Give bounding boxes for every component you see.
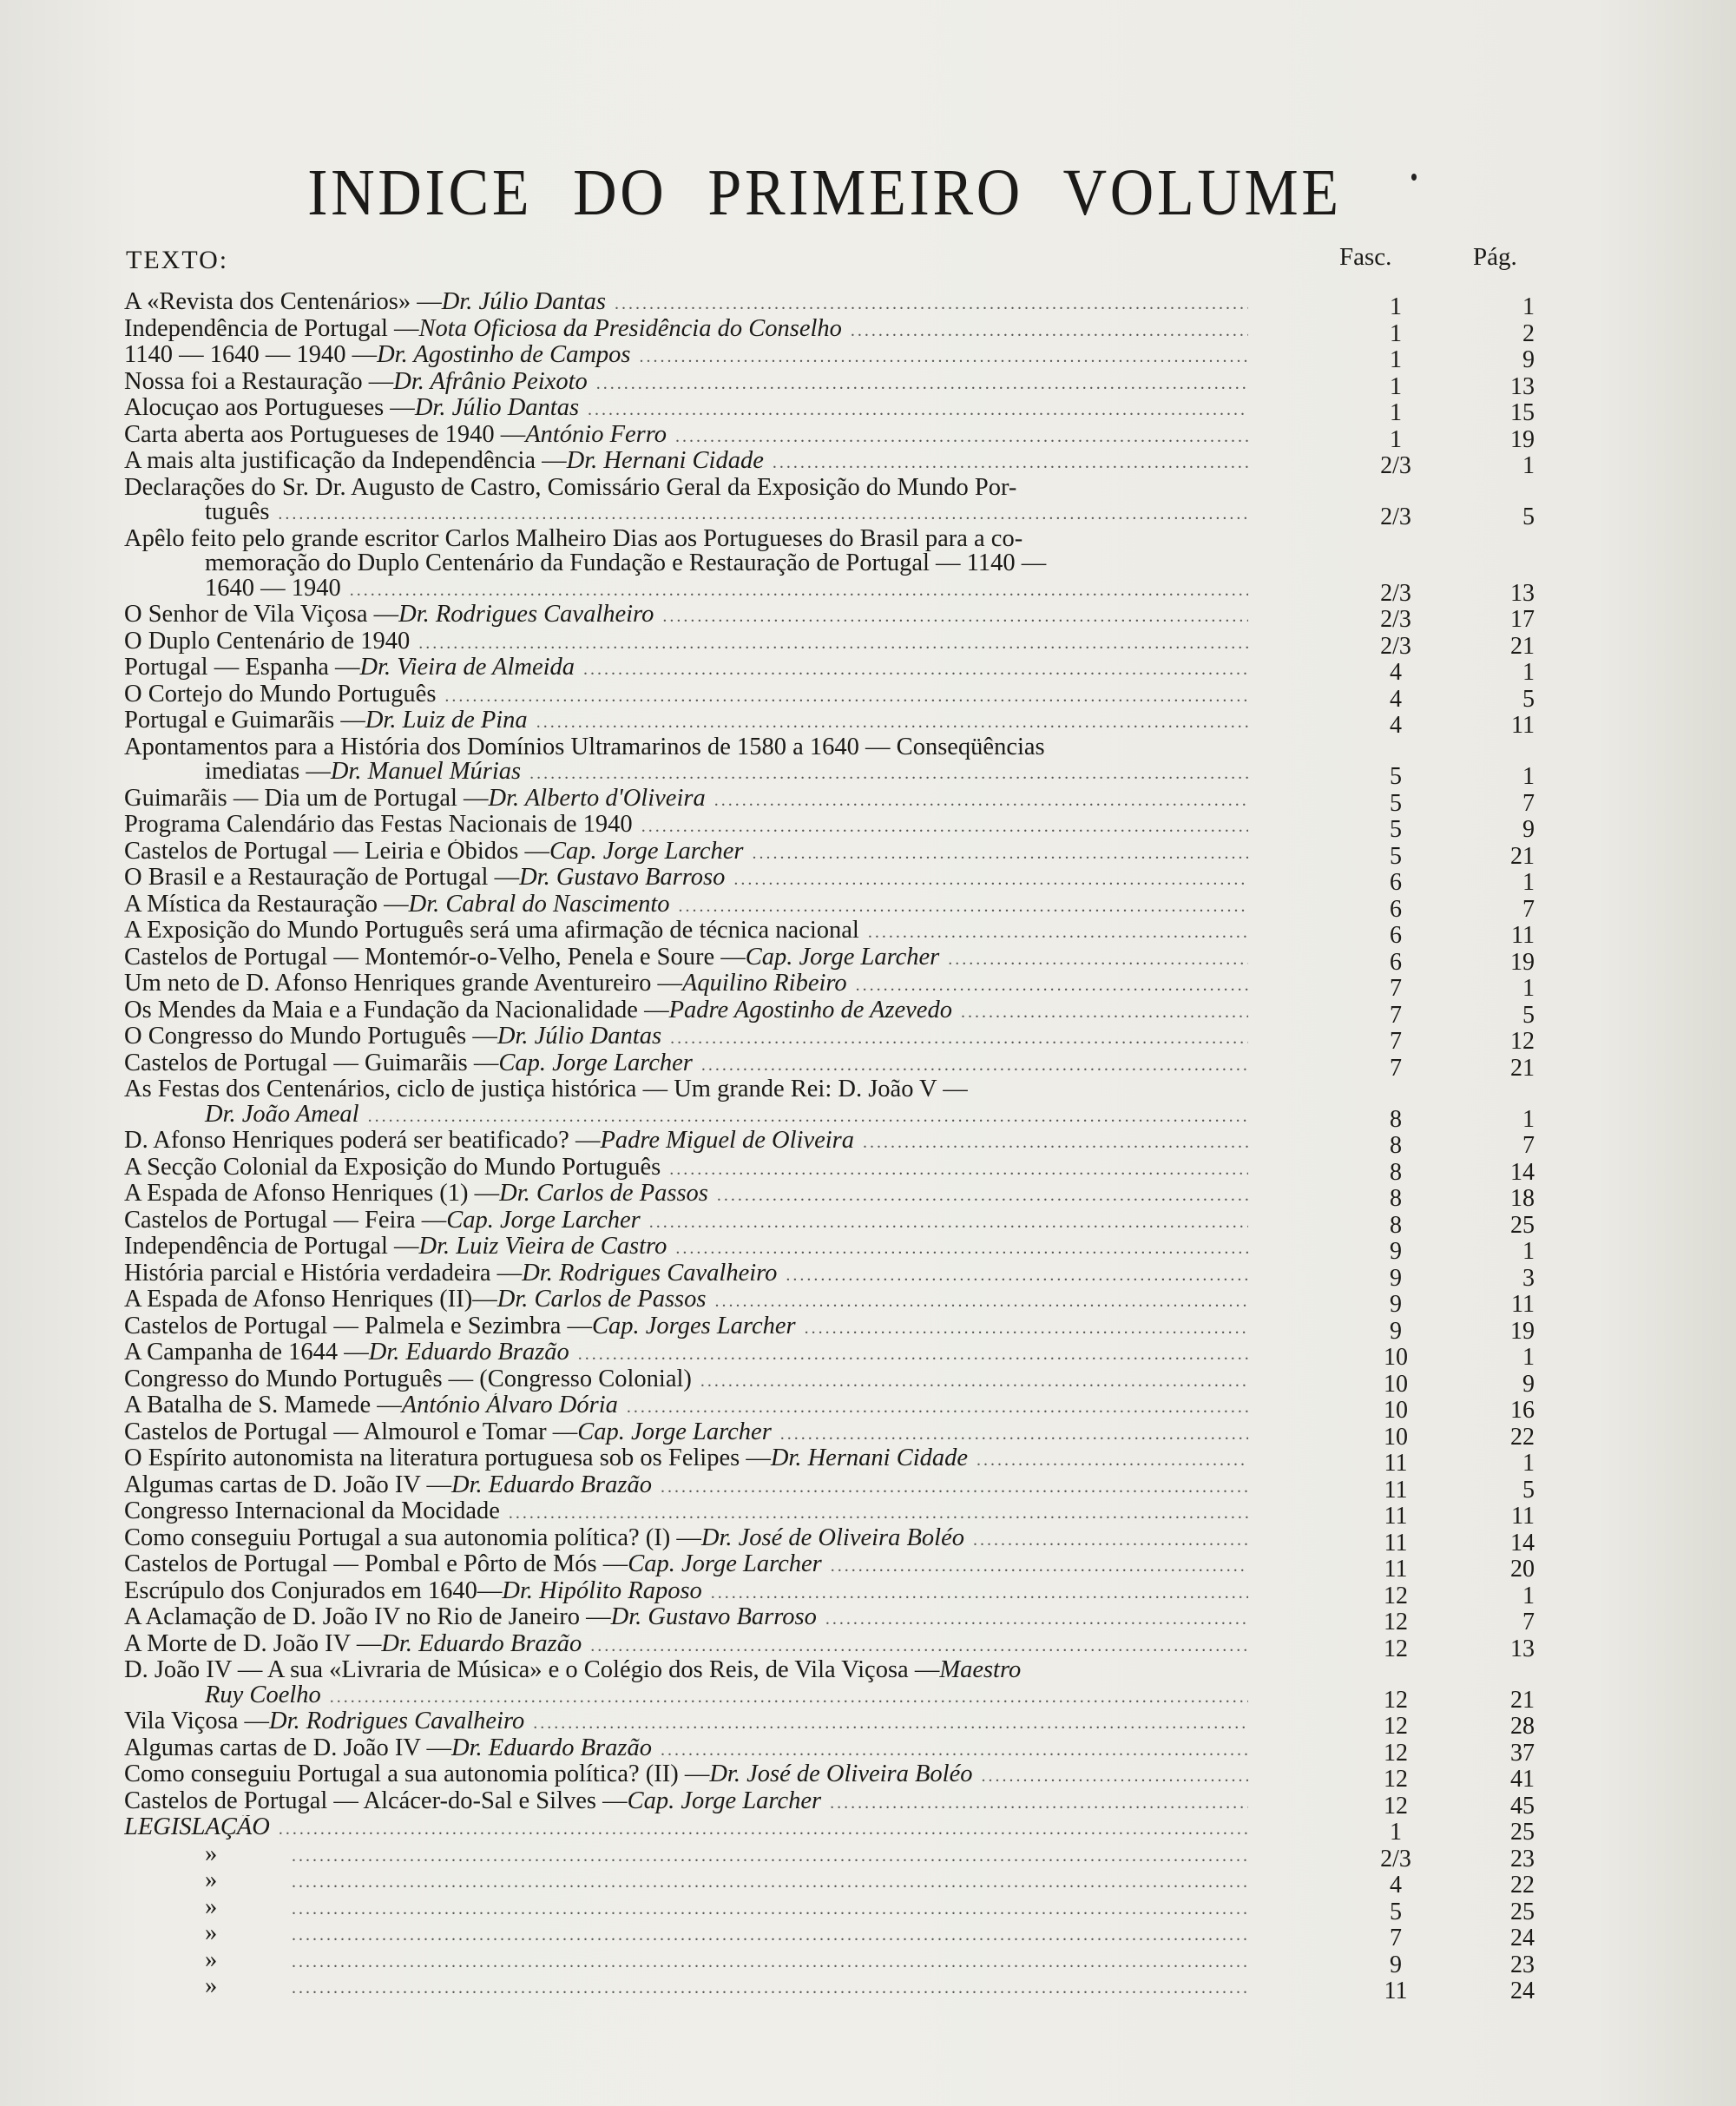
section-heading-texto: TEXTO: (126, 246, 228, 275)
dot-leader (856, 973, 1248, 998)
entry-text: O Duplo Centenário de 1940 (124, 629, 1248, 656)
entry-title: O Senhor de Vila Viçosa — (124, 602, 398, 628)
index-entry[interactable]: O Duplo Centenário de 19402/321 (124, 629, 1530, 656)
index-entry[interactable]: Guimarãis — Dia um de Portugal — Dr. Alb… (124, 786, 1530, 813)
dot-leader (418, 631, 1248, 656)
dot-leader (292, 1844, 1248, 1869)
entry-author: Padre Miguel de Oliveira (600, 1129, 854, 1154)
entry-title: Como conseguiu Portugal a sua autonomia … (124, 1762, 709, 1787)
entry-line: Alocuçao aos Portugueses — Dr. Júlio Dan… (124, 396, 1248, 423)
entry-author: Dr. Gustavo Barroso (611, 1605, 817, 1630)
entry-text: D. João IV — A sua «Livraria de Música» … (124, 1658, 1248, 1709)
entry-title: O Congresso do Mundo Português — (124, 1024, 497, 1050)
entry-text: Nossa foi a Restauração — Dr. Afrânio Pe… (124, 370, 1248, 397)
dot-leader (627, 1395, 1248, 1420)
index-entry[interactable]: Portugal e Guimarãis — Dr. Luiz de Pina4… (124, 708, 1530, 735)
ink-speck (1411, 174, 1417, 181)
entry-text: Como conseguiu Portugal a sua autonomia … (124, 1526, 1248, 1553)
page-number: 24 (1474, 1979, 1535, 2004)
entry-title: A Aclamação de D. João IV no Rio de Jane… (124, 1605, 611, 1630)
entry-title: Castelos de Portugal — Leiria e Óbidos — (124, 839, 549, 865)
entry-author: Dr. Afrânio Peixoto (393, 370, 588, 395)
index-entry[interactable]: A mais alta justificação da Independênci… (124, 449, 1530, 476)
entry-title: tuguês (205, 500, 269, 525)
index-entry[interactable]: Nossa foi a Restauração — Dr. Afrânio Pe… (124, 370, 1530, 397)
entry-text: LEGISLAÇÃO (124, 1815, 1248, 1842)
legislacao-entry[interactable]: »422 (124, 1868, 1530, 1895)
entry-text: » (124, 1842, 1248, 1869)
index-entry[interactable]: O Cortejo do Mundo Português45 (124, 682, 1530, 709)
index-entry[interactable]: O Brasil e a Restauração de Portugal — D… (124, 865, 1530, 892)
entry-author: Dr. José de Oliveira Boléo (701, 1526, 964, 1551)
column-header-pag: Pág. (1473, 243, 1517, 272)
ditto-mark: » (124, 1868, 283, 1893)
dot-leader (292, 1870, 1248, 1895)
entry-line: A mais alta justificação da Independênci… (124, 449, 1248, 476)
dot-leader (578, 1342, 1248, 1367)
index-entry[interactable]: Independência de Portugal — Nota Oficios… (124, 317, 1530, 344)
entry-text: Alocuçao aos Portugueses — Dr. Júlio Dan… (124, 396, 1248, 423)
entry-line: A Espada de Afonso Henriques (1) — Dr. C… (124, 1181, 1248, 1208)
entry-text: Vila Viçosa — Dr. Rodrigues Cavalheiro (124, 1709, 1248, 1736)
entry-line: Vila Viçosa — Dr. Rodrigues Cavalheiro (124, 1709, 1248, 1736)
entry-text: Castelos de Portugal — Almourol e Tomar … (124, 1420, 1248, 1447)
entry-title: A mais alta justificação da Independênci… (124, 449, 567, 474)
entry-text: Programa Calendário das Festas Nacionais… (124, 813, 1248, 839)
dot-leader (292, 1897, 1248, 1922)
entry-text: Apontamentos para a História dos Domínio… (124, 735, 1248, 786)
index-entry[interactable]: Um neto de D. Afonso Henriques grande Av… (124, 971, 1530, 998)
entry-text: Um neto de D. Afonso Henriques grande Av… (124, 971, 1248, 998)
entry-text: Independência de Portugal — Nota Oficios… (124, 317, 1248, 344)
index-entry[interactable]: A Exposição do Mundo Português será uma … (124, 918, 1530, 945)
entry-line: » (124, 1921, 1248, 1948)
index-entry[interactable]: O Senhor de Vila Viçosa — Dr. Rodrigues … (124, 602, 1530, 629)
entry-text: O Espírito autonomista na literatura por… (124, 1446, 1248, 1473)
dot-leader (292, 1976, 1248, 2001)
entry-line: A «Revista dos Centenários» — Dr. Júlio … (124, 290, 1248, 317)
entry-text: 1140 — 1640 — 1940 — Dr. Agostinho de Ca… (124, 343, 1248, 370)
entry-text: A Aclamação de D. João IV no Rio de Jane… (124, 1605, 1248, 1632)
entry-line: Congresso do Mundo Português — (Congress… (124, 1367, 1248, 1394)
entry-line: » (124, 1868, 1248, 1895)
entry-title: A Mística da Restauração — (124, 892, 409, 918)
index-entry[interactable]: Castelos de Portugal — Feira — Cap. Jorg… (124, 1208, 1530, 1235)
entry-text: D. Afonso Henriques poderá ser beatifica… (124, 1129, 1248, 1155)
entry-author: Dr. Hernani Cidade (567, 449, 764, 474)
entry-title: Congresso do Mundo Português — (Congress… (124, 1367, 692, 1392)
dot-leader (711, 1581, 1248, 1606)
entry-text: Castelos de Portugal — Leiria e Óbidos —… (124, 839, 1248, 866)
entry-author: Cap. Jorge Larcher (577, 1420, 772, 1445)
dot-leader (444, 684, 1248, 709)
entry-line: » (124, 1895, 1248, 1922)
dot-leader (780, 1422, 1248, 1447)
index-entry[interactable]: Portugal — Espanha — Dr. Vieira de Almei… (124, 655, 1530, 682)
ditto-mark: » (124, 1895, 283, 1920)
dot-leader (830, 1791, 1248, 1816)
entry-text: Escrúpulo dos Conjurados em 1640—Dr. Hip… (124, 1579, 1248, 1606)
entry-line: Declarações do Sr. Dr. Augusto de Castro… (124, 476, 1248, 501)
entry-line: Apêlo feito pelo grande escritor Carlos … (124, 527, 1248, 552)
entry-text: Guimarãis — Dia um de Portugal — Dr. Alb… (124, 786, 1248, 813)
entry-line: Nossa foi a Restauração — Dr. Afrânio Pe… (124, 370, 1248, 397)
entry-line: O Brasil e a Restauração de Portugal — D… (124, 865, 1248, 892)
entry-line: imediatas — Dr. Manuel Múrias (124, 760, 1248, 786)
entry-line: » (124, 1948, 1248, 1975)
entry-line: Como conseguiu Portugal a sua autonomia … (124, 1762, 1248, 1789)
entry-title: Escrúpulo dos Conjurados em 1640— (124, 1579, 502, 1604)
entry-line: A Exposição do Mundo Português será uma … (124, 918, 1248, 945)
index-entry[interactable]: Alocuçao aos Portugueses — Dr. Júlio Dan… (124, 396, 1530, 423)
entry-author: Dr. Alberto d'Oliveira (489, 786, 706, 812)
entry-text: Castelos de Portugal — Guimarãis — Cap. … (124, 1051, 1248, 1078)
entry-title: A Secção Colonial da Exposição do Mundo … (124, 1155, 661, 1181)
dot-leader (640, 345, 1249, 370)
index-entry[interactable]: Algumas cartas de D. João IV — Dr. Eduar… (124, 1736, 1530, 1763)
entry-line: Castelos de Portugal — Palmela e Sezimbr… (124, 1314, 1248, 1341)
index-entry[interactable]: Vila Viçosa — Dr. Rodrigues Cavalheiro12… (124, 1709, 1530, 1736)
entry-author: Dr. Manuel Múrias (331, 760, 521, 785)
entry-author: Dr. Rodrigues Cavalheiro (398, 602, 654, 628)
index-entry[interactable]: Independência de Portugal — Dr. Luiz Vie… (124, 1234, 1530, 1261)
index-entry[interactable]: A Campanha de 1644 — Dr. Eduardo Brazão1… (124, 1340, 1530, 1367)
dot-leader (675, 1236, 1248, 1261)
entry-line: Algumas cartas de D. João IV — Dr. Eduar… (124, 1473, 1248, 1500)
entry-line: O Espírito autonomista na literatura por… (124, 1446, 1248, 1473)
entry-author: Dr. Rodrigues Cavalheiro (269, 1709, 524, 1734)
entry-title: Castelos de Portugal — Montemór-o-Velho,… (124, 945, 746, 971)
dot-leader (279, 1817, 1248, 1842)
entry-title: Congresso Internacional da Mocidade (124, 1499, 500, 1524)
entry-line: tuguês (124, 500, 1248, 527)
index-entry[interactable]: Apontamentos para a História dos Domínio… (124, 735, 1530, 786)
entry-text: Congresso do Mundo Português — (Congress… (124, 1367, 1248, 1394)
entry-author: Dr. Luiz Vieira de Castro (419, 1234, 667, 1260)
entry-line: Castelos de Portugal — Alcácer-do-Sal e … (124, 1789, 1248, 1816)
dot-leader (717, 1183, 1248, 1208)
entry-line: Castelos de Portugal — Guimarãis — Cap. … (124, 1051, 1248, 1078)
entry-line: Escrúpulo dos Conjurados em 1640—Dr. Hip… (124, 1579, 1248, 1606)
legislacao-entry[interactable]: »923 (124, 1948, 1530, 1975)
entry-title: Portugal e Guimarãis — (124, 708, 365, 734)
index-entry[interactable]: D. Afonso Henriques poderá ser beatifica… (124, 1129, 1530, 1155)
entry-title: O Espírito autonomista na literatura por… (124, 1446, 771, 1471)
entry-title: Independência de Portugal — (124, 1234, 419, 1260)
entry-line: Programa Calendário das Festas Nacionais… (124, 813, 1248, 839)
entry-line: Congresso Internacional da Mocidade (124, 1499, 1248, 1526)
entry-title: Castelos de Portugal — Pombal e Pôrto de… (124, 1552, 628, 1577)
entry-line: A Secção Colonial da Exposição do Mundo … (124, 1155, 1248, 1182)
dot-leader (752, 841, 1248, 866)
dot-leader (701, 1053, 1248, 1078)
entry-text: Carta aberta aos Portugueses de 1940 — A… (124, 423, 1248, 450)
entry-author: Cap. Jorge Larcher (446, 1208, 641, 1234)
dot-leader (948, 947, 1248, 972)
dot-leader (330, 1685, 1248, 1710)
dot-leader (715, 1289, 1249, 1314)
entry-title: A Campanha de 1644 — (124, 1340, 369, 1366)
dot-leader (368, 1104, 1248, 1129)
entry-title: Declarações do Sr. Dr. Augusto de Castro… (124, 476, 1016, 501)
index-entry[interactable]: Castelos de Portugal — Montemór-o-Velho,… (124, 945, 1530, 972)
entry-title: Portugal — Espanha — (124, 655, 360, 681)
entry-line: As Festas dos Centenários, ciclo de just… (124, 1077, 1248, 1102)
index-entry[interactable]: Congresso do Mundo Português — (Congress… (124, 1367, 1530, 1394)
entry-text: » (124, 1895, 1248, 1922)
entry-line: » (124, 1842, 1248, 1869)
entry-title: Algumas cartas de D. João IV — (124, 1736, 451, 1761)
entry-line: Portugal — Espanha — Dr. Vieira de Almei… (124, 655, 1248, 682)
entry-line: D. Afonso Henriques poderá ser beatifica… (124, 1129, 1248, 1155)
entry-line: Carta aberta aos Portugueses de 1940 — A… (124, 423, 1248, 450)
index-entry[interactable]: Como conseguiu Portugal a sua autonomia … (124, 1762, 1530, 1789)
ditto-mark: » (124, 1921, 283, 1946)
entry-text: Congresso Internacional da Mocidade (124, 1499, 1248, 1526)
index-entry[interactable]: D. João IV — A sua «Livraria de Música» … (124, 1658, 1530, 1709)
entry-text: » (124, 1868, 1248, 1895)
entry-line: A Campanha de 1644 — Dr. Eduardo Brazão (124, 1340, 1248, 1367)
entry-author: Dr. Eduardo Brazão (451, 1736, 652, 1761)
entry-title: Um neto de D. Afonso Henriques grande Av… (124, 971, 682, 997)
entry-author: António Álvaro Dória (402, 1393, 618, 1418)
entry-text: Declarações do Sr. Dr. Augusto de Castro… (124, 476, 1248, 527)
entry-title: As Festas dos Centenários, ciclo de just… (124, 1077, 968, 1102)
dot-leader (590, 1634, 1248, 1659)
entry-text: História parcial e História verdadeira —… (124, 1261, 1248, 1288)
ditto-mark: » (124, 1842, 283, 1867)
dot-leader (670, 1026, 1248, 1051)
index-entry[interactable]: A Aclamação de D. João IV no Rio de Jane… (124, 1605, 1530, 1632)
dot-leader (714, 788, 1248, 813)
entry-text: Castelos de Portugal — Montemór-o-Velho,… (124, 945, 1248, 972)
entry-line: Castelos de Portugal — Leiria e Óbidos —… (124, 839, 1248, 866)
index-entry[interactable]: Os Mendes da Maia e a Fundação da Nacion… (124, 998, 1530, 1025)
index-entry[interactable]: Castelos de Portugal — Leiria e Óbidos —… (124, 839, 1530, 866)
entry-author: Dr. Carlos de Passos (497, 1287, 707, 1313)
entry-line: O Duplo Centenário de 1940 (124, 629, 1248, 656)
entry-title: Castelos de Portugal — Almourol e Tomar … (124, 1420, 577, 1445)
entry-text: A Campanha de 1644 — Dr. Eduardo Brazão (124, 1340, 1248, 1367)
dot-leader (641, 814, 1248, 839)
entry-title: Castelos de Portugal — Guimarãis — (124, 1051, 498, 1076)
entry-text: A «Revista dos Centenários» — Dr. Júlio … (124, 290, 1248, 317)
entry-title: Programa Calendário das Festas Nacionais… (124, 813, 633, 838)
dot-leader (851, 319, 1248, 344)
entry-line: Algumas cartas de D. João IV — Dr. Eduar… (124, 1736, 1248, 1763)
dot-leader (973, 1528, 1248, 1553)
entry-author: António Ferro (525, 423, 667, 448)
entry-title: A Espada de Afonso Henriques (II)— (124, 1287, 497, 1313)
dot-leader (662, 604, 1248, 629)
index-entry[interactable]: Como conseguiu Portugal a sua autonomia … (124, 1526, 1530, 1553)
entry-text: Castelos de Portugal — Feira — Cap. Jorg… (124, 1208, 1248, 1235)
entry-author: Dr. Eduardo Brazão (381, 1632, 582, 1657)
entry-line: O Congresso do Mundo Português — Dr. Júl… (124, 1024, 1248, 1051)
entry-line: Os Mendes da Maia e a Fundação da Nacion… (124, 998, 1248, 1025)
dot-leader (661, 1475, 1248, 1500)
column-header-fasc: Fasc. (1339, 243, 1391, 272)
dot-leader (679, 894, 1248, 919)
entry-text: A Batalha de S. Mamede — António Álvaro … (124, 1393, 1248, 1420)
index-entry[interactable]: Castelos de Portugal — Alcácer-do-Sal e … (124, 1789, 1530, 1816)
entry-title: D. Afonso Henriques poderá ser beatifica… (124, 1129, 600, 1154)
entry-text: O Senhor de Vila Viçosa — Dr. Rodrigues … (124, 602, 1248, 629)
entry-line: A Espada de Afonso Henriques (II)—Dr. Ca… (124, 1287, 1248, 1314)
dot-leader (786, 1263, 1248, 1288)
entry-title: A Batalha de S. Mamede — (124, 1393, 402, 1418)
dot-leader (669, 1157, 1248, 1182)
dot-leader (278, 502, 1248, 527)
entry-title: O Cortejo do Mundo Português (124, 682, 436, 707)
entry-title: Os Mendes da Maia e a Fundação da Nacion… (124, 998, 669, 1023)
entry-line: 1140 — 1640 — 1940 — Dr. Agostinho de Ca… (124, 343, 1248, 370)
dot-leader (649, 1210, 1248, 1235)
index-entry[interactable]: O Espírito autonomista na literatura por… (124, 1446, 1530, 1473)
dot-leader (733, 867, 1248, 892)
entry-title: 1140 — 1640 — 1940 — (124, 343, 377, 368)
entry-line: A Batalha de S. Mamede — António Álvaro … (124, 1393, 1248, 1420)
index-entry[interactable]: Castelos de Portugal — Guimarãis — Cap. … (124, 1051, 1530, 1078)
legislacao-entry[interactable]: »2/323 (124, 1842, 1530, 1869)
entry-line: memoração do Duplo Centenário da Fundaçã… (124, 551, 1248, 576)
entry-line: Castelos de Portugal — Feira — Cap. Jorg… (124, 1208, 1248, 1235)
index-entry[interactable]: A Mística da Restauração — Dr. Cabral do… (124, 892, 1530, 919)
legislacao-entry[interactable]: »525 (124, 1895, 1530, 1922)
entry-line: A Mística da Restauração — Dr. Cabral do… (124, 892, 1248, 919)
index-entry[interactable]: 1140 — 1640 — 1940 — Dr. Agostinho de Ca… (124, 343, 1530, 370)
entry-text: » (124, 1948, 1248, 1975)
index-entry[interactable]: O Congresso do Mundo Português — Dr. Júl… (124, 1024, 1530, 1051)
entry-author: Aquilino Ribeiro (682, 971, 847, 997)
dot-leader (583, 657, 1248, 682)
entry-text: » (124, 1921, 1248, 1948)
entry-text: As Festas dos Centenários, ciclo de just… (124, 1077, 1248, 1129)
legislacao-entry[interactable]: »724 (124, 1921, 1530, 1948)
entry-title: Carta aberta aos Portugueses de 1940 — (124, 423, 525, 448)
index-entry[interactable]: Escrúpulo dos Conjurados em 1640—Dr. Hip… (124, 1579, 1530, 1606)
entry-line: Castelos de Portugal — Almourol e Tomar … (124, 1420, 1248, 1447)
entry-text: A Morte de D. João IV — Dr. Eduardo Braz… (124, 1632, 1248, 1659)
entry-author: Cap. Jorges Larcher (592, 1314, 796, 1339)
entry-text: » (124, 1974, 1248, 2001)
entry-author: Dr. Hernani Cidade (771, 1446, 968, 1471)
entry-line: Guimarãis — Dia um de Portugal — Dr. Alb… (124, 786, 1248, 813)
ditto-mark: » (124, 1974, 283, 1999)
entry-author: Maestro (939, 1658, 1021, 1683)
entry-title: Alocuçao aos Portugueses — (124, 396, 415, 421)
index-entry[interactable]: Programa Calendário das Festas Nacionais… (124, 813, 1530, 839)
entry-line: Castelos de Portugal — Pombal e Pôrto de… (124, 1552, 1248, 1579)
index-entry[interactable]: Castelos de Portugal — Pombal e Pôrto de… (124, 1552, 1530, 1579)
index-entry[interactable]: Congresso Internacional da Mocidade1111 (124, 1499, 1530, 1526)
entry-text: O Cortejo do Mundo Português (124, 682, 1248, 709)
entry-line: A Morte de D. João IV — Dr. Eduardo Braz… (124, 1632, 1248, 1659)
dot-leader (596, 372, 1248, 397)
entry-title: Castelos de Portugal — Palmela e Sezimbr… (124, 1314, 592, 1339)
entry-text: A mais alta justificação da Independênci… (124, 449, 1248, 476)
dot-leader (825, 1607, 1248, 1632)
entry-title: Algumas cartas de D. João IV — (124, 1473, 451, 1498)
index-entry[interactable]: História parcial e História verdadeira —… (124, 1261, 1530, 1288)
entry-text: Como conseguiu Portugal a sua autonomia … (124, 1762, 1248, 1789)
entry-line: 1640 — 1940 (124, 576, 1248, 603)
index-entry[interactable]: A Espada de Afonso Henriques (II)—Dr. Ca… (124, 1287, 1530, 1314)
index-page: INDICE DO PRIMEIRO VOLUME TEXTO: Fasc. P… (0, 0, 1736, 2106)
entry-title: Vila Viçosa — (124, 1709, 269, 1734)
entry-line: LEGISLAÇÃO (124, 1815, 1248, 1842)
entry-text: Algumas cartas de D. João IV — Dr. Eduar… (124, 1736, 1248, 1763)
entry-title: A Morte de D. João IV — (124, 1632, 381, 1657)
dot-leader (863, 1130, 1248, 1155)
dot-leader (529, 761, 1248, 786)
entry-title: memoração do Duplo Centenário da Fundaçã… (205, 551, 1046, 576)
dot-leader (350, 578, 1248, 603)
legislacao-entry[interactable]: LEGISLAÇÃO125 (124, 1815, 1530, 1842)
index-entry[interactable]: Carta aberta aos Portugueses de 1940 — A… (124, 423, 1530, 450)
entry-author: Dr. Júlio Dantas (415, 396, 579, 421)
dot-leader (536, 710, 1248, 735)
entry-line: A Aclamação de D. João IV no Rio de Jane… (124, 1605, 1248, 1632)
entry-line: Ruy Coelho (124, 1683, 1248, 1710)
entry-text: Algumas cartas de D. João IV — Dr. Eduar… (124, 1473, 1248, 1500)
entry-author: Cap. Jorge Larcher (498, 1051, 693, 1076)
entry-text: Apêlo feito pelo grande escritor Carlos … (124, 527, 1248, 603)
entry-author: Dr. Eduardo Brazão (369, 1340, 569, 1366)
entry-text: Castelos de Portugal — Pombal e Pôrto de… (124, 1552, 1248, 1579)
index-entry[interactable]: A Batalha de S. Mamede — António Álvaro … (124, 1393, 1530, 1420)
entry-line: » (124, 1974, 1248, 2001)
entry-line: Um neto de D. Afonso Henriques grande Av… (124, 971, 1248, 998)
entry-author: Ruy Coelho (205, 1683, 321, 1708)
entry-text: Portugal e Guimarãis — Dr. Luiz de Pina (124, 708, 1248, 735)
entry-text: Independência de Portugal — Dr. Luiz Vie… (124, 1234, 1248, 1261)
entry-author: Dr. Júlio Dantas (497, 1024, 661, 1050)
entry-title: 1640 — 1940 (205, 576, 341, 602)
dot-leader (588, 398, 1248, 423)
entry-author: Dr. Carlos de Passos (499, 1181, 708, 1207)
entry-text: A Espada de Afonso Henriques (1) — Dr. C… (124, 1181, 1248, 1208)
index-entry[interactable]: A Morte de D. João IV — Dr. Eduardo Braz… (124, 1632, 1530, 1659)
entry-text: A Exposição do Mundo Português será uma … (124, 918, 1248, 945)
index-entry[interactable]: A «Revista dos Centenários» — Dr. Júlio … (124, 290, 1530, 317)
entry-line: Apontamentos para a História dos Domínio… (124, 735, 1248, 760)
index-entry[interactable]: Castelos de Portugal — Palmela e Sezimbr… (124, 1314, 1530, 1341)
legislacao-entry[interactable]: »1124 (124, 1974, 1530, 2001)
entry-line: O Cortejo do Mundo Português (124, 682, 1248, 709)
entry-title: Apontamentos para a História dos Domínio… (124, 735, 1045, 760)
entry-line: Independência de Portugal — Nota Oficios… (124, 317, 1248, 344)
index-entry[interactable]: Declarações do Sr. Dr. Augusto de Castro… (124, 476, 1530, 527)
index-entry[interactable]: Castelos de Portugal — Almourol e Tomar … (124, 1420, 1530, 1447)
entry-author: Dr. Cabral do Nascimento (409, 892, 670, 918)
index-entry[interactable]: A Espada de Afonso Henriques (1) — Dr. C… (124, 1181, 1530, 1208)
dot-leader (805, 1316, 1248, 1341)
entry-text: O Congresso do Mundo Português — Dr. Júl… (124, 1024, 1248, 1051)
entry-line: O Senhor de Vila Viçosa — Dr. Rodrigues … (124, 602, 1248, 629)
index-entry[interactable]: Algumas cartas de D. João IV — Dr. Eduar… (124, 1473, 1530, 1500)
index-entry[interactable]: A Secção Colonial da Exposição do Mundo … (124, 1155, 1530, 1182)
entry-text: A Espada de Afonso Henriques (II)—Dr. Ca… (124, 1287, 1248, 1314)
index-entry-list: A «Revista dos Centenários» — Dr. Júlio … (124, 290, 1530, 2001)
index-entry[interactable]: Apêlo feito pelo grande escritor Carlos … (124, 527, 1530, 603)
index-entry[interactable]: As Festas dos Centenários, ciclo de just… (124, 1077, 1530, 1129)
entry-author: Padre Agostinho de Azevedo (669, 998, 952, 1023)
page-title: INDICE DO PRIMEIRO VOLUME (66, 155, 1583, 231)
entry-text: Portugal — Espanha — Dr. Vieira de Almei… (124, 655, 1248, 682)
dot-leader (831, 1554, 1248, 1579)
ditto-mark: » (124, 1948, 283, 1973)
